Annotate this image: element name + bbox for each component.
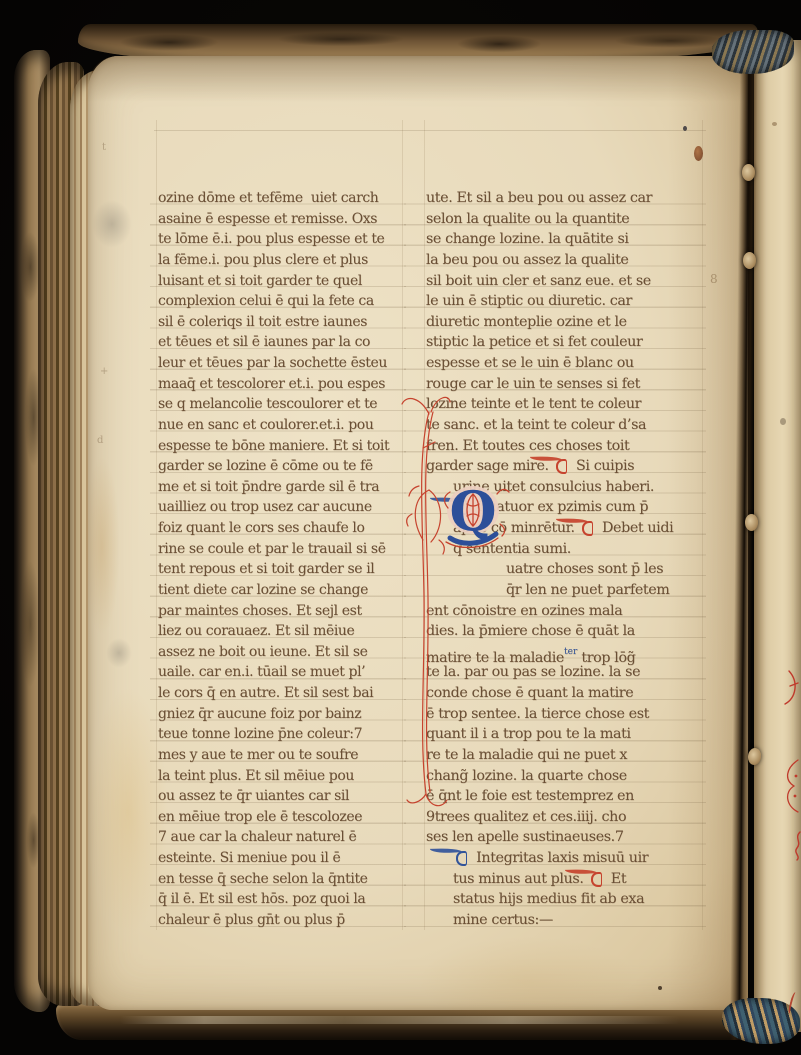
text-segment: en tesse q̄ seche selon la q̄ntite xyxy=(158,871,368,887)
manuscript-text-line: tus minus aut plus. Et xyxy=(426,869,710,890)
stain-speck xyxy=(780,418,786,425)
manuscript-text-line: la teint plus. Et sil mēiue pou xyxy=(158,766,406,787)
margin-glyph: t xyxy=(102,142,106,153)
text-segment: diuretic monteplie ozine et le xyxy=(426,314,627,330)
text-segment: fren. Et toutes ces choses toit xyxy=(426,438,629,454)
text-segment: gniez q̄r aucune foiz por bainz xyxy=(158,706,361,722)
text-segment: ozine dōme et tefēme uiet carch xyxy=(158,190,378,206)
manuscript-text-line: Integritas laxis misuū uir xyxy=(426,848,710,869)
manuscript-text-line: espesse et se le uin ē blanc ou xyxy=(426,353,710,374)
text-segment: mine certus:— xyxy=(453,912,553,928)
manuscript-text-line: ent cōnoistre en ozines mala xyxy=(426,601,710,622)
text-segment: re te la maladie qui ne puet x xyxy=(426,747,627,763)
manuscript-text-line: ē q̄nt le foie est testemprez en xyxy=(426,786,710,807)
text-segment: status hijs medius fit ab exa xyxy=(453,891,644,907)
stain xyxy=(84,456,120,636)
manuscript-text-line: en mēiue trop ele ē tescolozee xyxy=(158,807,406,828)
text-segment: rine se coule et par le trauail si sē xyxy=(158,541,386,557)
manuscript-text-line: diuretic monteplie ozine et le xyxy=(426,312,710,333)
text-segment: ter xyxy=(564,647,577,657)
book-bottom-edge-highlight xyxy=(120,1016,680,1024)
text-segment: luisant et si toit garder te quel xyxy=(158,273,362,289)
manuscript-text-line: q̄ il ē. Et sil est hōs. poz quoi la xyxy=(158,889,406,910)
manuscript-text-line: ozine dōme et tefēme uiet carch xyxy=(158,188,406,209)
text-segment: tent repous et si toit garder se il xyxy=(158,561,374,577)
text-segment: ute. Et sil a beu pou ou assez car xyxy=(426,190,652,206)
text-segment: Debet uidi xyxy=(598,520,673,536)
manuscript-text-line: chang̃ lozine. la quarte chose xyxy=(426,766,710,787)
manuscript-text-line: la fēme.i. pou plus clere et plus xyxy=(158,250,406,271)
manuscript-text-line: se q melancolie tescoulorer et te xyxy=(158,394,406,415)
ink-fleck xyxy=(694,146,703,161)
text-segment: garder se lozine ē cōme ou te fē xyxy=(158,458,373,474)
paraph-mark-icon xyxy=(455,850,469,864)
margin-numeral: 8 xyxy=(710,272,718,286)
text-segment: maaq̄ et tescolorer et.i. pou espes xyxy=(158,376,385,392)
manuscript-text-line: conde chose ē quant la matire xyxy=(426,683,710,704)
manuscript-text-line: garder se lozine ē cōme ou te fē xyxy=(158,456,406,477)
manuscript-text-line: tient diete car lozine se change xyxy=(158,580,406,601)
text-segment: se q melancolie tescoulorer et te xyxy=(158,396,377,412)
manuscript-text-line: le uin ē stiptic ou diuretic. car xyxy=(426,291,710,312)
text-segment: nue en sanc et coulorer.et.i. pou xyxy=(158,417,373,433)
manuscript-text-line: fren. Et toutes ces choses toit xyxy=(426,436,710,457)
text-segment: espesse te bōne maniere. Et si toit xyxy=(158,438,389,454)
stain xyxy=(106,638,132,668)
manuscript-text-line: se change lozine. la quātite si xyxy=(426,229,710,250)
manuscript-text-line: sil boit uin cler et sanz eue. et se xyxy=(426,271,710,292)
text-segment: stiptic la petice et si fet couleur xyxy=(426,334,642,350)
manuscript-text-line: re te la maladie qui ne puet x xyxy=(426,745,710,766)
facing-page-edge xyxy=(754,40,801,1032)
manuscript-text-line: asaine ē espesse et remisse. Oxs xyxy=(158,209,406,230)
manuscript-text-line: q̄r len ne puet parfetem xyxy=(426,580,710,601)
text-segment: q̄r len ne puet parfetem xyxy=(506,582,669,598)
manuscript-text-line: luisant et si toit garder te quel xyxy=(158,271,406,292)
text-segment: sil boit uin cler et sanz eue. et se xyxy=(426,273,651,289)
text-column-right: ute. Et sil a beu pou ou assez carselon … xyxy=(426,188,710,931)
text-segment: asaine ē espesse et remisse. Oxs xyxy=(158,211,377,227)
manuscript-text-line: la beu pou ou assez la qualite xyxy=(426,250,710,271)
manuscript-text-line: tent repous et si toit garder se il xyxy=(158,559,406,580)
text-segment: 9trees qualitez et ces.iiij. cho xyxy=(426,809,626,825)
manuscript-text-line: gniez q̄r aucune foiz por bainz xyxy=(158,704,406,725)
manuscript-text-line: mine certus:— xyxy=(426,910,710,931)
text-segment: ē q̄nt le foie est testemprez en xyxy=(426,788,634,804)
text-segment: rouge car le uin te senses si fet xyxy=(426,376,640,392)
text-segment: la teint plus. Et sil mēiue pou xyxy=(158,768,354,784)
manuscript-text-line: ses len apelle sustinaeuses.7 xyxy=(426,827,710,848)
text-segment: se change lozine. la quātite si xyxy=(426,231,629,247)
text-segment: uailliez ou trop usez car aucune xyxy=(158,499,372,515)
text-segment: uaile. car en.i. tūail se muet pl’ xyxy=(158,664,365,680)
ink-speck xyxy=(683,126,687,131)
manuscript-text-line: le cors q̄ en autre. Et sil sest bai xyxy=(158,683,406,704)
text-segment: complexion celui ē qui la fete ca xyxy=(158,293,374,309)
manuscript-text-line: esteinte. Si meniue pou il ē xyxy=(158,848,406,869)
text-segment: le uin ē stiptic ou diuretic. car xyxy=(426,293,632,309)
text-segment: esteinte. Si meniue pou il ē xyxy=(158,850,340,866)
manuscript-text-line: uaile. car en.i. tūail se muet pl’ xyxy=(158,662,406,683)
text-segment: 7 aue car la chaleur naturel ē xyxy=(158,829,356,845)
manuscript-text-line: uatre choses sont p̄ les xyxy=(426,559,710,580)
text-segment: sil ē coleriqs il toit estre iaunes xyxy=(158,314,367,330)
text-segment: ent cōnoistre en ozines mala xyxy=(426,603,622,619)
manuscript-text-line: en tesse q̄ seche selon la q̄ntite xyxy=(158,869,406,890)
text-segment: Integritas laxis misuū uir xyxy=(472,850,648,866)
manuscript-text-line: teue tonne lozine p̄ne coleur:7 xyxy=(158,724,406,745)
text-segment: liez ou corauaez. Et sil mēiue xyxy=(158,623,354,639)
text-segment: la fēme.i. pou plus clere et plus xyxy=(158,252,368,268)
manuscript-text-line: uailliez ou trop usez car aucune xyxy=(158,497,406,518)
red-pen-trial-icon xyxy=(780,758,801,818)
text-segment: en mēiue trop ele ē tescolozee xyxy=(158,809,362,825)
manuscript-text-line: status hijs medius fit ab exa xyxy=(426,889,710,910)
sewing-knot xyxy=(742,164,755,181)
manuscript-text-line: garder sage mire. Si cuipis xyxy=(426,456,710,477)
red-pen-trial-icon xyxy=(782,668,801,708)
manuscript-text-line: te la. par ou pas se lozine. la se xyxy=(426,662,710,683)
text-segment: conde chose ē quant la matire xyxy=(426,685,633,701)
manuscript-text-line: ou assez te q̄r uiantes car sil xyxy=(158,786,406,807)
manuscript-text-line: complexion celui ē qui la fete ca xyxy=(158,291,406,312)
text-segment: uatre choses sont p̄ les xyxy=(506,561,663,577)
text-segment: dies. la p̄miere chose ē quāt la xyxy=(426,623,635,639)
red-pen-trial-icon xyxy=(792,830,801,862)
text-segment: q̄ il ē. Et sil est hōs. poz quoi la xyxy=(158,891,365,907)
text-segment: te lōme ē.i. pou plus espesse et te xyxy=(158,231,384,247)
stain xyxy=(418,936,638,1026)
manuscript-text-line: te sanc. et la teint te coleur d’sa xyxy=(426,415,710,436)
manuscript-text-line: lozine teinte et le tent te coleur xyxy=(426,394,710,415)
text-segment: chaleur ē plus gn̄t ou plus p̄ xyxy=(158,912,345,928)
text-segment: Et xyxy=(607,871,627,887)
manuscript-text-line: chaleur ē plus gn̄t ou plus p̄ xyxy=(158,910,406,931)
paraph-mark-icon xyxy=(555,458,569,472)
stain xyxy=(92,200,132,248)
text-segment: leur et tēues par la sochette ēsteu xyxy=(158,355,387,371)
manuscript-text-line: rine se coule et par le trauail si sē xyxy=(158,539,406,560)
text-segment: tus minus aut plus. xyxy=(453,871,588,887)
ink-speck xyxy=(658,986,662,990)
manuscript-text-line: espesse te bōne maniere. Et si toit xyxy=(158,436,406,457)
manuscript-text-line: rouge car le uin te senses si fet xyxy=(426,374,710,395)
text-segment: espesse et se le uin ē blanc ou xyxy=(426,355,634,371)
text-segment: te sanc. et la teint te coleur d’sa xyxy=(426,417,646,433)
text-segment: me et si toit p̄ndre garde sil ē tra xyxy=(158,479,379,495)
manuscript-text-line: 9trees qualitez et ces.iiij. cho xyxy=(426,807,710,828)
text-segment: assez ne boit ou ieune. Et sil se xyxy=(158,644,368,660)
page-shading xyxy=(88,56,748,102)
stain-speck xyxy=(772,122,777,126)
manuscript-text-line: selon la qualite ou la quantite xyxy=(426,209,710,230)
ruling-vertical xyxy=(156,120,157,930)
text-segment: la beu pou ou assez la qualite xyxy=(426,252,629,268)
manuscript-text-line: foiz quant le cors ses chaufe lo xyxy=(158,518,406,539)
text-column-left: ozine dōme et tefēme uiet carchasaine ē … xyxy=(158,188,406,931)
manuscript-text-line: leur et tēues par la sochette ēsteu xyxy=(158,353,406,374)
manuscript-text-line: ute. Et sil a beu pou ou assez car xyxy=(426,188,710,209)
manuscript-text-line: et tēues et sil ē iaunes par la co xyxy=(158,332,406,353)
manuscript-page: ozine dōme et tefēme uiet carchasaine ē … xyxy=(88,56,748,1010)
manuscript-text-line: nue en sanc et coulorer.et.i. pou xyxy=(158,415,406,436)
text-segment: ou assez te q̄r uiantes car sil xyxy=(158,788,349,804)
manuscript-text-line: assez ne boit ou ieune. Et sil se xyxy=(158,642,406,663)
manuscript-text-line: dies. la p̄miere chose ē quāt la xyxy=(426,621,710,642)
ruling-horizontal-top xyxy=(154,130,706,131)
text-segment: selon la qualite ou la quantite xyxy=(426,211,629,227)
manuscript-text-line: liez ou corauaez. Et sil mēiue xyxy=(158,621,406,642)
manuscript-text-line: me et si toit p̄ndre garde sil ē tra xyxy=(158,477,406,498)
text-segment: mes y aue te mer ou te soufre xyxy=(158,747,358,763)
text-segment: ē trop sentee. la tierce chose est xyxy=(426,706,649,722)
illuminated-initial-q: Q xyxy=(438,482,512,548)
margin-glyph: + xyxy=(100,366,108,377)
text-segment: lozine teinte et le tent te coleur xyxy=(426,396,641,412)
text-segment: te la. par ou pas se lozine. la se xyxy=(426,664,640,680)
text-segment: et tēues et sil ē iaunes par la co xyxy=(158,334,370,350)
manuscript-text-line: sil ē coleriqs il toit estre iaunes xyxy=(158,312,406,333)
penwork-flourish xyxy=(398,386,452,818)
manuscript-text-line: maaq̄ et tescolorer et.i. pou espes xyxy=(158,374,406,395)
manuscript-text-line: mes y aue te mer ou te soufre xyxy=(158,745,406,766)
manuscript-text-line: par maintes choses. Et sejl est xyxy=(158,601,406,622)
sewing-knot xyxy=(745,514,758,531)
manuscript-text-line: quant il i a trop pou te la mati xyxy=(426,724,710,745)
manuscript-photograph: ozine dōme et tefēme uiet carchasaine ē … xyxy=(0,0,801,1055)
text-segment: quant il i a trop pou te la mati xyxy=(426,726,631,742)
manuscript-text-line: matire te la maladieter trop lōg̃ xyxy=(426,642,710,663)
sewing-knot xyxy=(743,252,756,269)
text-segment: ses len apelle sustinaeuses.7 xyxy=(426,829,624,845)
manuscript-text-line: 7 aue car la chaleur naturel ē xyxy=(158,827,406,848)
text-segment: Si cuipis xyxy=(572,458,634,474)
text-segment: chang̃ lozine. la quarte chose xyxy=(426,768,627,784)
manuscript-text-line: stiptic la petice et si fet couleur xyxy=(426,332,710,353)
paraph-mark-icon xyxy=(590,871,604,885)
manuscript-text-line: te lōme ē.i. pou plus espesse et te xyxy=(158,229,406,250)
manuscript-text-line: ē trop sentee. la tierce chose est xyxy=(426,704,710,725)
text-segment: tient diete car lozine se change xyxy=(158,582,368,598)
text-segment: le cors q̄ en autre. Et sil sest bai xyxy=(158,685,373,701)
text-segment: par maintes choses. Et sejl est xyxy=(158,603,362,619)
text-segment: foiz quant le cors ses chaufe lo xyxy=(158,520,365,536)
paraph-mark-icon xyxy=(581,520,595,534)
text-segment: teue tonne lozine p̄ne coleur:7 xyxy=(158,726,362,742)
margin-glyph: d xyxy=(97,435,103,446)
